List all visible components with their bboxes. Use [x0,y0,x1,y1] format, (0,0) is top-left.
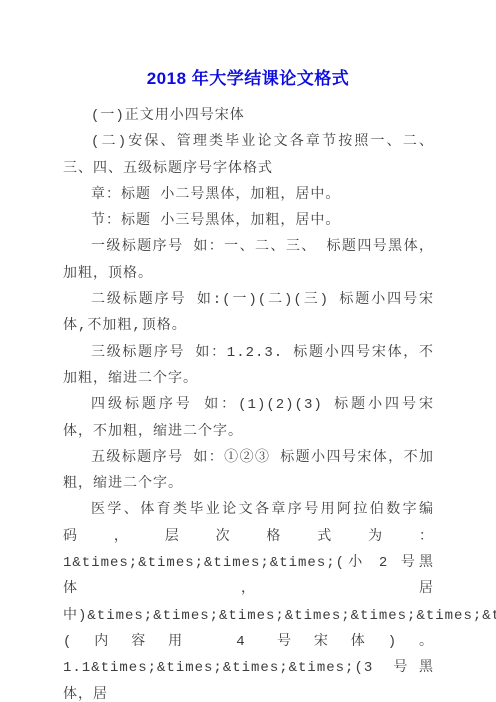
paragraph: 五级标题序号 如：①②③ 标题小四号宋体，不加粗，缩进二个字。 [63,445,434,498]
document-title: 2018 年大学结课论文格式 [0,67,496,91]
document-body: (一)正文用小四号宋体(二)安保、管理类毕业论文各章节按照一、二、三、四、五级标… [63,103,434,702]
paragraph: 四级标题序号 如：(1)(2)(3) 标题小四号宋体，不加粗，缩进二个字。 [63,392,434,445]
paragraph: (二)安保、管理类毕业论文各章节按照一、二、三、四、五级标题序号字体格式 [63,129,434,182]
paragraph: 节：标题 小三号黑体，加粗，居中。 [63,208,434,234]
paragraph: 二级标题序号 如:(一)(二)(三) 标题小四号宋体,不加粗,顶格。 [63,287,434,340]
paragraph: 章：标题 小二号黑体，加粗，居中。 [63,182,434,208]
paragraph: (一)正文用小四号宋体 [63,103,434,129]
paragraph: 医学、体育类毕业论文各章序号用阿拉伯数字编码，层次格式为： 1&times;&t… [63,497,434,702]
document-page: 2018 年大学结课论文格式 (一)正文用小四号宋体(二)安保、管理类毕业论文各… [0,0,496,702]
paragraph: 一级标题序号 如：一、二、三、 标题四号黑体，加粗，顶格。 [63,234,434,287]
paragraph: 三级标题序号 如：1.2.3. 标题小四号宋体，不加粗，缩进二个字。 [63,340,434,393]
